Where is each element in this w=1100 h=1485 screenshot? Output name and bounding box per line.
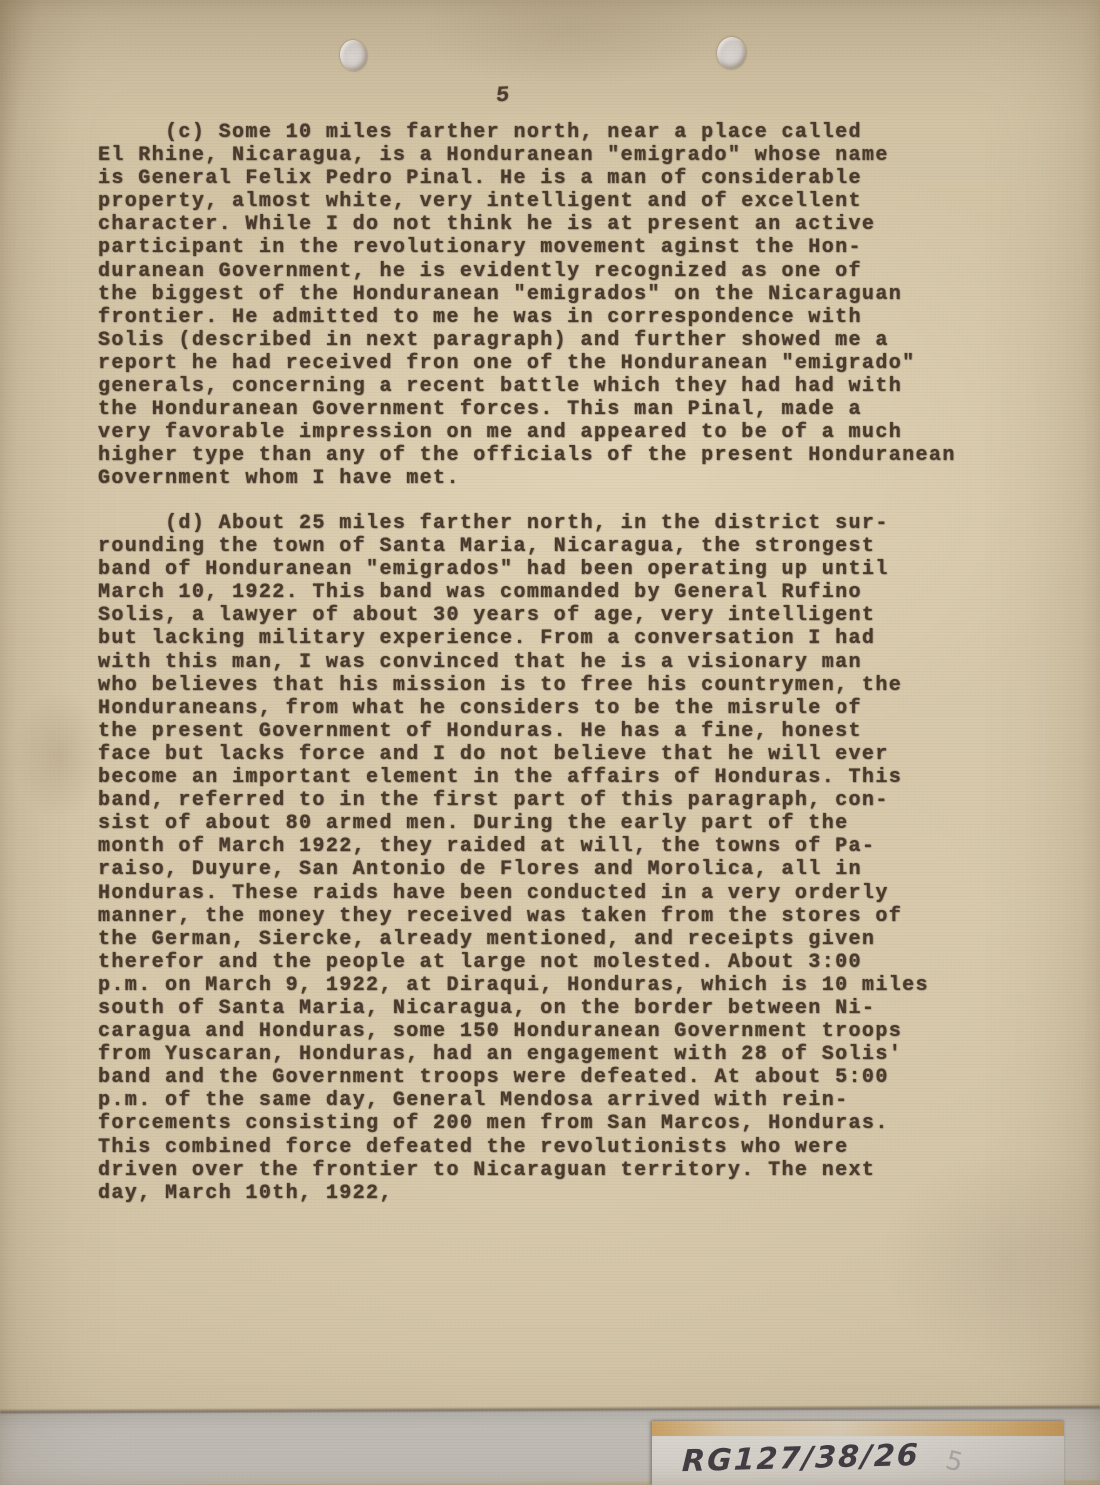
text-line: raiso, Duyure, San Antonio de Flores and… (98, 858, 1038, 881)
text-line: higher type than any of the officials of… (98, 444, 1038, 467)
text-line: frontier. He admitted to me he was in co… (98, 306, 1038, 329)
text-line: driven over the frontier to Nicaraguan t… (98, 1159, 1038, 1182)
text-line: Honduras. These raids have been conducte… (98, 882, 1038, 905)
text-line: Honduraneans, from what he considers to … (98, 697, 1038, 720)
slip-adhesive-stain (652, 1421, 1064, 1436)
text-line: generals, concerning a recent battle whi… (98, 375, 1038, 398)
paper-stain (14, 690, 104, 820)
text-line: caragua and Honduras, some 150 Hondurane… (98, 1020, 1038, 1043)
paper-stain (420, 0, 720, 90)
text-line: is General Felix Pedro Pinal. He is a ma… (98, 167, 1038, 190)
paragraph-c: (c) Some 10 miles farther north, near a … (98, 121, 1038, 491)
text-line: March 10, 1922. This band was commanded … (98, 581, 1038, 604)
text-line: Solis, a lawyer of about 30 years of age… (98, 604, 1038, 627)
text-line: character. While I do not think he is at… (98, 213, 1038, 236)
text-line: p.m. on March 9, 1922, at Diraqui, Hondu… (98, 974, 1038, 997)
text-line: This combined force defeated the revolut… (98, 1136, 1038, 1159)
page-bottom-edge (0, 1404, 1100, 1414)
punch-hole-left (338, 38, 369, 72)
page-number: 5 (495, 83, 510, 109)
text-line: participant in the revolutionary movemen… (98, 236, 1038, 259)
text-line: band, referred to in the first part of t… (98, 789, 1038, 812)
text-line: band and the Government troops were defe… (98, 1066, 1038, 1089)
text-line: face but lacks force and I do not believ… (98, 743, 1038, 766)
text-line: p.m. of the same day, General Mendosa ar… (98, 1089, 1038, 1112)
text-line: (d) About 25 miles farther north, in the… (98, 512, 1038, 535)
text-line: forcements consisting of 200 men from Sa… (98, 1112, 1038, 1135)
text-line: with this man, I was convinced that he i… (98, 651, 1038, 674)
text-line: south of Santa Maria, Nicaragua, on the … (98, 997, 1038, 1020)
text-line: month of March 1922, they raided at will… (98, 835, 1038, 858)
text-line: El Rhine, Nicaragua, is a Honduranean "e… (98, 144, 1038, 167)
text-line: from Yuscaran, Honduras, had an engageme… (98, 1043, 1038, 1066)
text-line: the biggest of the Honduranean "emigrado… (98, 283, 1038, 306)
text-line: band of Honduranean "emigrados" had been… (98, 558, 1038, 581)
text-line: Government whom I have met. (98, 467, 1038, 490)
paragraph-d: (d) About 25 miles farther north, in the… (98, 512, 1038, 1205)
text-line: become an important element in the affai… (98, 766, 1038, 789)
text-line: duranean Government, he is evidently rec… (98, 260, 1038, 283)
text-line: but lacking military experience. From a … (98, 627, 1038, 650)
text-line: property, almost white, very intelligent… (98, 190, 1038, 213)
text-line: sist of about 80 armed men. During the e… (98, 812, 1038, 835)
text-line: the present Government of Honduras. He h… (98, 720, 1038, 743)
document-page-scan: 5 (c) Some 10 miles farther north, near … (0, 0, 1100, 1485)
text-line: rounding the town of Santa Maria, Nicara… (98, 535, 1038, 558)
text-line: (c) Some 10 miles farther north, near a … (98, 121, 1038, 144)
text-line: very favorable impression on me and appe… (98, 421, 1038, 444)
text-line: day, March 10th, 1922, (98, 1182, 1038, 1205)
text-line: the German, Siercke, already mentioned, … (98, 928, 1038, 951)
punch-hole-right (715, 36, 747, 71)
archival-reference-slip: RG127/38/26 (652, 1421, 1064, 1485)
text-line: the Honduranean Government forces. This … (98, 398, 1038, 421)
text-line: manner, the money they received was take… (98, 905, 1038, 928)
archival-reference-label: RG127/38/26 (681, 1438, 920, 1479)
text-line: Solis (described in next paragraph) and … (98, 329, 1038, 352)
text-line: report he had received fron one of the H… (98, 352, 1038, 375)
text-line: therefor and the people at large not mol… (98, 951, 1038, 974)
text-line: who believes that his mission is to free… (98, 674, 1038, 697)
